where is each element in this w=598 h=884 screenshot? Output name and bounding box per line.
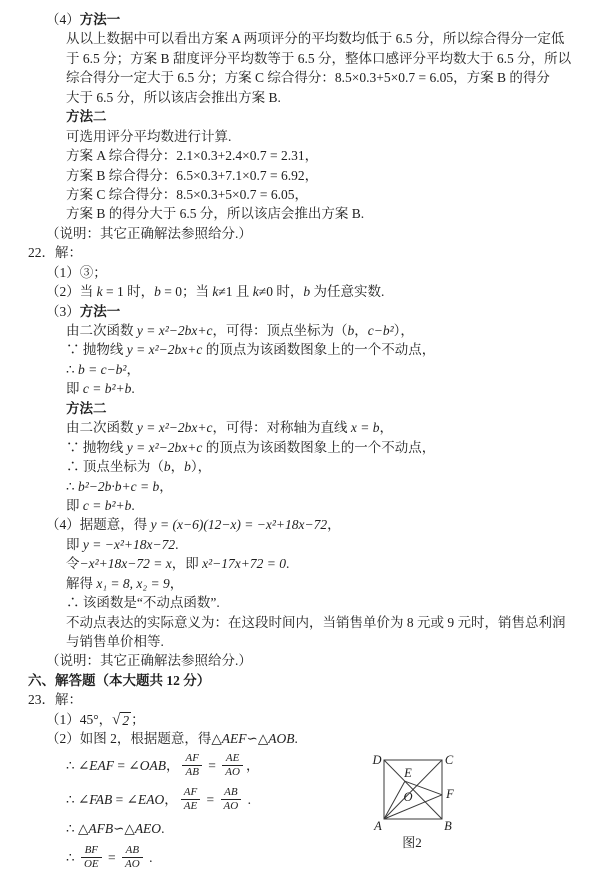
doc-line: 方法二: [0, 399, 598, 418]
segment-AF: [384, 795, 442, 819]
text-run: ，: [166, 756, 180, 775]
text-run: 从以上数据中可以看出方案 A 两项评分的平均数均低于 6.5 分，所以综合得分一…: [66, 31, 564, 46]
math-run: AEF: [222, 731, 247, 746]
text-run: 大于 6.5 分，所以该店会推出方案 B.: [66, 90, 281, 105]
document-lines: （4）方法一从以上数据中可以看出方案 A 两项评分的平均数均低于 6.5 分，所…: [0, 0, 598, 875]
doc-line: 令−x²+18x−72 = x，即 x²−17x+72 = 0.: [0, 554, 598, 573]
text-run: （2）如图 2，根据题意，得△: [46, 731, 222, 746]
text-run: ，: [327, 517, 341, 532]
text-run: 方案 C 综合得分：8.5×0.3+5×0.7 = 6.05，: [66, 187, 308, 202]
text-run: = 1 时，: [103, 284, 155, 299]
doc-line: 解得 x₁ = 8, x₂ = 9，: [0, 574, 598, 593]
text-run: ，: [126, 362, 140, 377]
doc-line: （2）如图 2，根据题意，得△AEF∽△AOB.: [0, 729, 598, 748]
vertex-label-A: A: [373, 819, 382, 833]
vertex-label-C: C: [445, 753, 454, 767]
text-run: 与销售单价相等.: [66, 634, 164, 649]
doc-line: ∴ ∠EAF = ∠OAB，AFAB = AEAO，: [0, 749, 598, 783]
doc-line: ∵ 抛物线 y = x²−2bx+c 的顶点为该函数图象上的一个不动点，: [0, 340, 598, 359]
math-run: b: [164, 459, 171, 474]
text-run: ；: [131, 712, 145, 727]
text-run: ，: [170, 576, 184, 591]
text-run: ∵ 抛物线: [66, 440, 127, 455]
sqrt-radical: √2: [112, 712, 131, 730]
doc-line: 方法二: [0, 107, 598, 126]
text-run: ≠1 且: [218, 284, 252, 299]
text-run: ，: [354, 323, 368, 338]
bold-run: 方法一: [80, 12, 121, 27]
text-run: .: [286, 556, 289, 571]
text-run: 解得: [66, 576, 96, 591]
doc-line: （3）方法一: [0, 302, 598, 321]
page: （4）方法一从以上数据中可以看出方案 A 两项评分的平均数均低于 6.5 分，所…: [0, 0, 598, 884]
text-run: ∴: [66, 479, 78, 494]
doc-line: 方案 B 综合得分：6.5×0.3+7.1×0.7 = 6.92，: [0, 166, 598, 185]
text-run: （1）③；: [46, 265, 107, 280]
doc-line: ∴ 顶点坐标为（b，b），: [0, 457, 598, 476]
point-label-E: E: [403, 766, 412, 780]
text-run: 的顶点为该函数图象上的一个不动点，: [202, 342, 435, 357]
text-run: （4）据题意，得: [46, 517, 151, 532]
text-run: 可选用评分平均数进行计算.: [66, 129, 231, 144]
text-run: 综合得分一定大于 6.5 分；方案 C 综合得分：8.5×0.3+5×0.7 =…: [66, 70, 550, 85]
math-run: AFB: [88, 819, 113, 838]
text-run: ），: [394, 323, 414, 338]
math-run: y = x²−2bx+c: [127, 440, 203, 455]
text-run: 方案 A 综合得分：2.1×0.3+2.4×0.7 = 2.31，: [66, 148, 318, 163]
text-run: =: [205, 756, 219, 775]
text-run: ，: [164, 790, 178, 809]
text-run: ∴ △: [66, 819, 88, 838]
segment-AE: [384, 781, 405, 819]
text-run: ∽△: [113, 819, 135, 838]
text-run: （2）当: [46, 284, 97, 299]
text-run: （说明：其它正确解法参照给分.）: [46, 226, 252, 241]
text-run: =: [203, 790, 217, 809]
doc-line: 综合得分一定大于 6.5 分；方案 C 综合得分：8.5×0.3+5×0.7 =…: [0, 68, 598, 87]
text-run: 于 6.5 分；方案 B 甜度评分平均数等于 6.5 分，整体口感评分平均数大于…: [66, 51, 571, 66]
math-run: FAB: [89, 790, 112, 809]
text-run: ∴: [66, 362, 78, 377]
doc-line: ∴ ∠FAB = ∠EAO，AFAE = ABAO .: [0, 783, 598, 817]
text-run: 由二次函数: [66, 420, 137, 435]
figure-caption: 图2: [402, 835, 422, 850]
doc-line: （说明：其它正确解法参照给分.）: [0, 224, 598, 243]
doc-line: 22．解：: [0, 243, 598, 262]
math-run: b = c−b²: [78, 362, 127, 377]
text-run: 即: [66, 537, 83, 552]
vertex-label-D: D: [371, 753, 381, 767]
text-run: ∴ 该函数是“不动点函数”.: [66, 595, 220, 610]
math-run: x₁ = 8, x₂ = 9: [96, 576, 169, 591]
doc-line: ∴ b = c−b²，: [0, 360, 598, 379]
text-run: （4）: [46, 12, 80, 27]
text-run: ，即: [172, 556, 202, 571]
math-run: x²−17x+72 = 0: [202, 556, 286, 571]
text-run: ∴: [66, 848, 78, 867]
text-run: 即: [66, 381, 83, 396]
doc-line: 与销售单价相等.: [0, 632, 598, 651]
text-run: .: [161, 819, 164, 838]
point-label-F: F: [445, 787, 454, 801]
math-run: AOB: [268, 731, 294, 746]
math-run: AEO: [135, 819, 161, 838]
math-run: b²−2b·b+c = b: [78, 479, 159, 494]
fraction: ABAO: [221, 786, 242, 813]
text-run: ），: [191, 459, 211, 474]
fraction: BFOE: [81, 844, 102, 871]
math-run: EAO: [138, 790, 164, 809]
math-run: y = −x²+18x−72: [83, 537, 175, 552]
text-run: .: [294, 731, 297, 746]
doc-line: ∴ b²−2b·b+c = b，: [0, 477, 598, 496]
math-run: x = b: [351, 420, 380, 435]
doc-line: 由二次函数 y = x²−2bx+c，可得：顶点坐标为（b，c−b²），: [0, 321, 598, 340]
doc-line: 即 c = b²+b.: [0, 496, 598, 515]
text-run: =: [105, 848, 119, 867]
text-run: ，: [379, 420, 393, 435]
point-label-O: O: [403, 790, 412, 804]
doc-line: 23．解：: [0, 690, 598, 709]
bold-run: 方法一: [80, 304, 121, 319]
text-run: 方案 B 的得分大于 6.5 分，所以该店会推出方案 B.: [66, 206, 364, 221]
text-run: 23．解：: [28, 692, 82, 707]
doc-line: 由二次函数 y = x²−2bx+c，可得：对称轴为直线 x = b，: [0, 418, 598, 437]
text-run: ∽△: [247, 731, 269, 746]
text-run: ，: [246, 756, 260, 775]
math-run: y = x²−2bx+c: [127, 342, 203, 357]
text-run: ∵ 抛物线: [66, 342, 127, 357]
doc-line: 不动点表达的实际意义为：在这段时间内，当销售单价为 8 元或 9 元时，销售总利…: [0, 613, 598, 632]
text-run: .: [131, 498, 134, 513]
text-run: （1）45°，: [46, 712, 112, 727]
doc-line: （4）方法一: [0, 10, 598, 29]
doc-line: （1）③；: [0, 263, 598, 282]
doc-line: 大于 6.5 分，所以该店会推出方案 B.: [0, 88, 598, 107]
text-run: .: [146, 848, 153, 867]
doc-line: 可选用评分平均数进行计算.: [0, 127, 598, 146]
text-run: = ∠: [114, 756, 140, 775]
bold-run: 六、解答题（本大题共 12 分）: [28, 673, 210, 688]
vertex-label-B: B: [444, 819, 452, 833]
text-run: （3）: [46, 304, 80, 319]
text-run: ≠0 时，: [259, 284, 304, 299]
text-run: ∴ ∠: [66, 756, 89, 775]
text-run: 为任意实数.: [310, 284, 384, 299]
math-run: c = b²+b: [83, 381, 132, 396]
math-run: OAB: [140, 756, 166, 775]
text-run: ，可得：对称轴为直线: [212, 420, 350, 435]
math-run: y = (x−6)(12−x) = −x²+18x−72: [151, 517, 328, 532]
text-run: ，: [159, 479, 173, 494]
math-run: c−b²: [368, 323, 394, 338]
fraction: AFAB: [182, 752, 201, 779]
doc-line: （1）45°，√2；: [0, 710, 598, 729]
text-run: = ∠: [112, 790, 138, 809]
bold-run: 方法二: [66, 401, 107, 416]
doc-line: ∵ 抛物线 y = x²−2bx+c 的顶点为该函数图象上的一个不动点，: [0, 438, 598, 457]
text-run: .: [244, 790, 251, 809]
text-run: = 0；当: [161, 284, 213, 299]
text-run: ，可得：顶点坐标为（: [212, 323, 347, 338]
doc-line: 即 c = b²+b.: [0, 379, 598, 398]
text-run: 即: [66, 498, 83, 513]
doc-line: 即 y = −x²+18x−72.: [0, 535, 598, 554]
text-run: .: [175, 537, 178, 552]
text-run: ∴ 顶点坐标为（: [66, 459, 164, 474]
doc-line: ∴ △AFB∽△AEO.: [0, 817, 598, 841]
doc-line: （4）据题意，得 y = (x−6)(12−x) = −x²+18x−72，: [0, 515, 598, 534]
text-run: .: [131, 381, 134, 396]
text-run: ∴ ∠: [66, 790, 89, 809]
fraction: AFAE: [181, 786, 200, 813]
fraction: AEAO: [222, 752, 243, 779]
math-run: −x²+18x−72 = x: [80, 556, 172, 571]
math-run: EAF: [89, 756, 114, 775]
text-run: （说明：其它正确解法参照给分.）: [46, 653, 252, 668]
text-run: 22．解：: [28, 245, 82, 260]
doc-line: 方案 B 的得分大于 6.5 分，所以该店会推出方案 B.: [0, 204, 598, 223]
math-run: b: [184, 459, 191, 474]
doc-line: 六、解答题（本大题共 12 分）: [0, 671, 598, 690]
bold-run: 方法二: [66, 109, 107, 124]
text-run: 由二次函数: [66, 323, 137, 338]
text-run: 方案 B 综合得分：6.5×0.3+7.1×0.7 = 6.92，: [66, 168, 318, 183]
doc-line: 方案 C 综合得分：8.5×0.3+5×0.7 = 6.05，: [0, 185, 598, 204]
math-run: b: [154, 284, 161, 299]
text-run: ，: [171, 459, 185, 474]
doc-line: ∴ 该函数是“不动点函数”.: [0, 593, 598, 612]
text-run: 的顶点为该函数图象上的一个不动点，: [202, 440, 435, 455]
doc-line: ∴ BFOE = ABAO .: [0, 841, 598, 875]
math-run: y = x²−2bx+c: [137, 420, 213, 435]
doc-line: 从以上数据中可以看出方案 A 两项评分的平均数均低于 6.5 分，所以综合得分一…: [0, 29, 598, 48]
doc-line: （2）当 k = 1 时，b = 0；当 k≠1 且 k≠0 时，b 为任意实数…: [0, 282, 598, 301]
doc-line: 方案 A 综合得分：2.1×0.3+2.4×0.7 = 2.31，: [0, 146, 598, 165]
doc-line: 于 6.5 分；方案 B 甜度评分平均数等于 6.5 分，整体口感评分平均数大于…: [0, 49, 598, 68]
text-run: 不动点表达的实际意义为：在这段时间内，当销售单价为 8 元或 9 元时，销售总利…: [66, 615, 566, 630]
text-run: 令: [66, 556, 80, 571]
doc-line: （说明：其它正确解法参照给分.）: [0, 651, 598, 670]
math-run: y = x²−2bx+c: [137, 323, 213, 338]
math-run: c = b²+b: [83, 498, 132, 513]
fraction: ABAO: [122, 844, 143, 871]
figure-2: D C A B E O F 图2: [364, 748, 476, 866]
